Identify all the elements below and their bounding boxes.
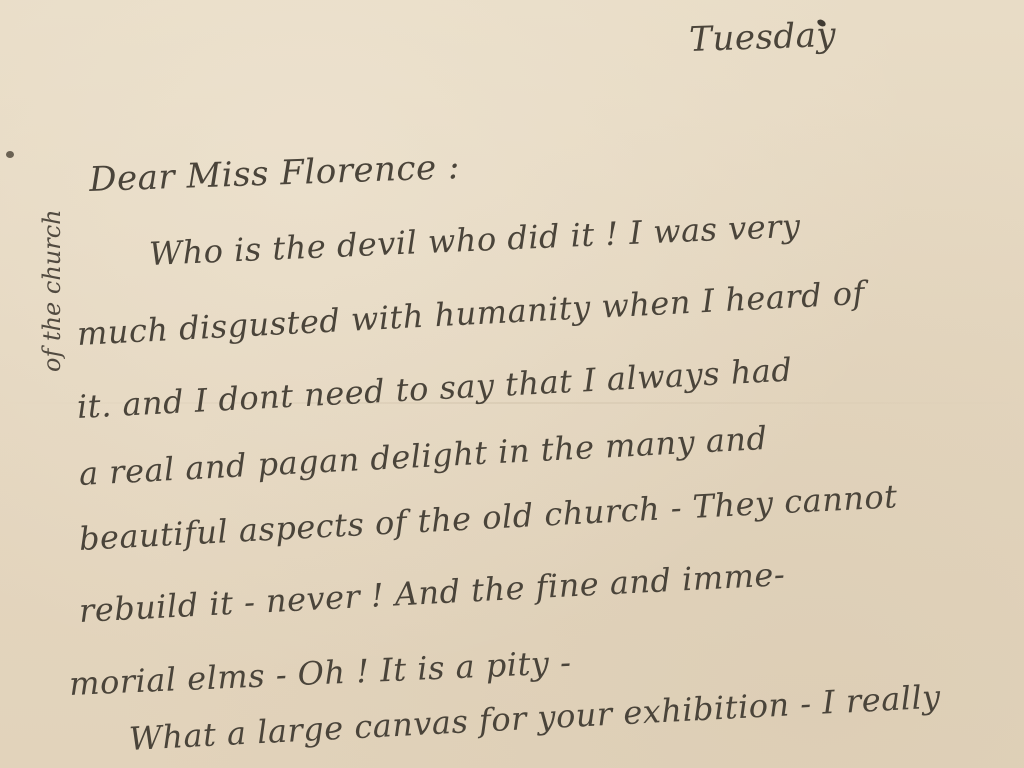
margin-note: of the church xyxy=(38,209,66,372)
letter-page: of the church Tuesday Dear Miss Florence… xyxy=(0,0,1024,768)
letter-body-line: rebuild it - never ! And the fine and im… xyxy=(78,555,786,630)
letter-body-line: a real and pagan delight in the many and xyxy=(78,419,768,493)
letter-body-line: morial elms - Oh ! It is a pity - xyxy=(68,643,572,703)
salutation: Dear Miss Florence : xyxy=(89,147,461,200)
letter-date: Tuesday xyxy=(689,15,837,60)
letter-body-line: it. and I dont need to say that I always… xyxy=(76,351,793,426)
ink-dot-mark xyxy=(6,151,14,158)
letter-body-line: Who is the devil who did it ! I was very xyxy=(148,207,801,273)
letter-body-line: beautiful aspects of the old church - Th… xyxy=(78,477,898,558)
letter-body-line: much disgusted with humanity when I hear… xyxy=(76,274,866,353)
